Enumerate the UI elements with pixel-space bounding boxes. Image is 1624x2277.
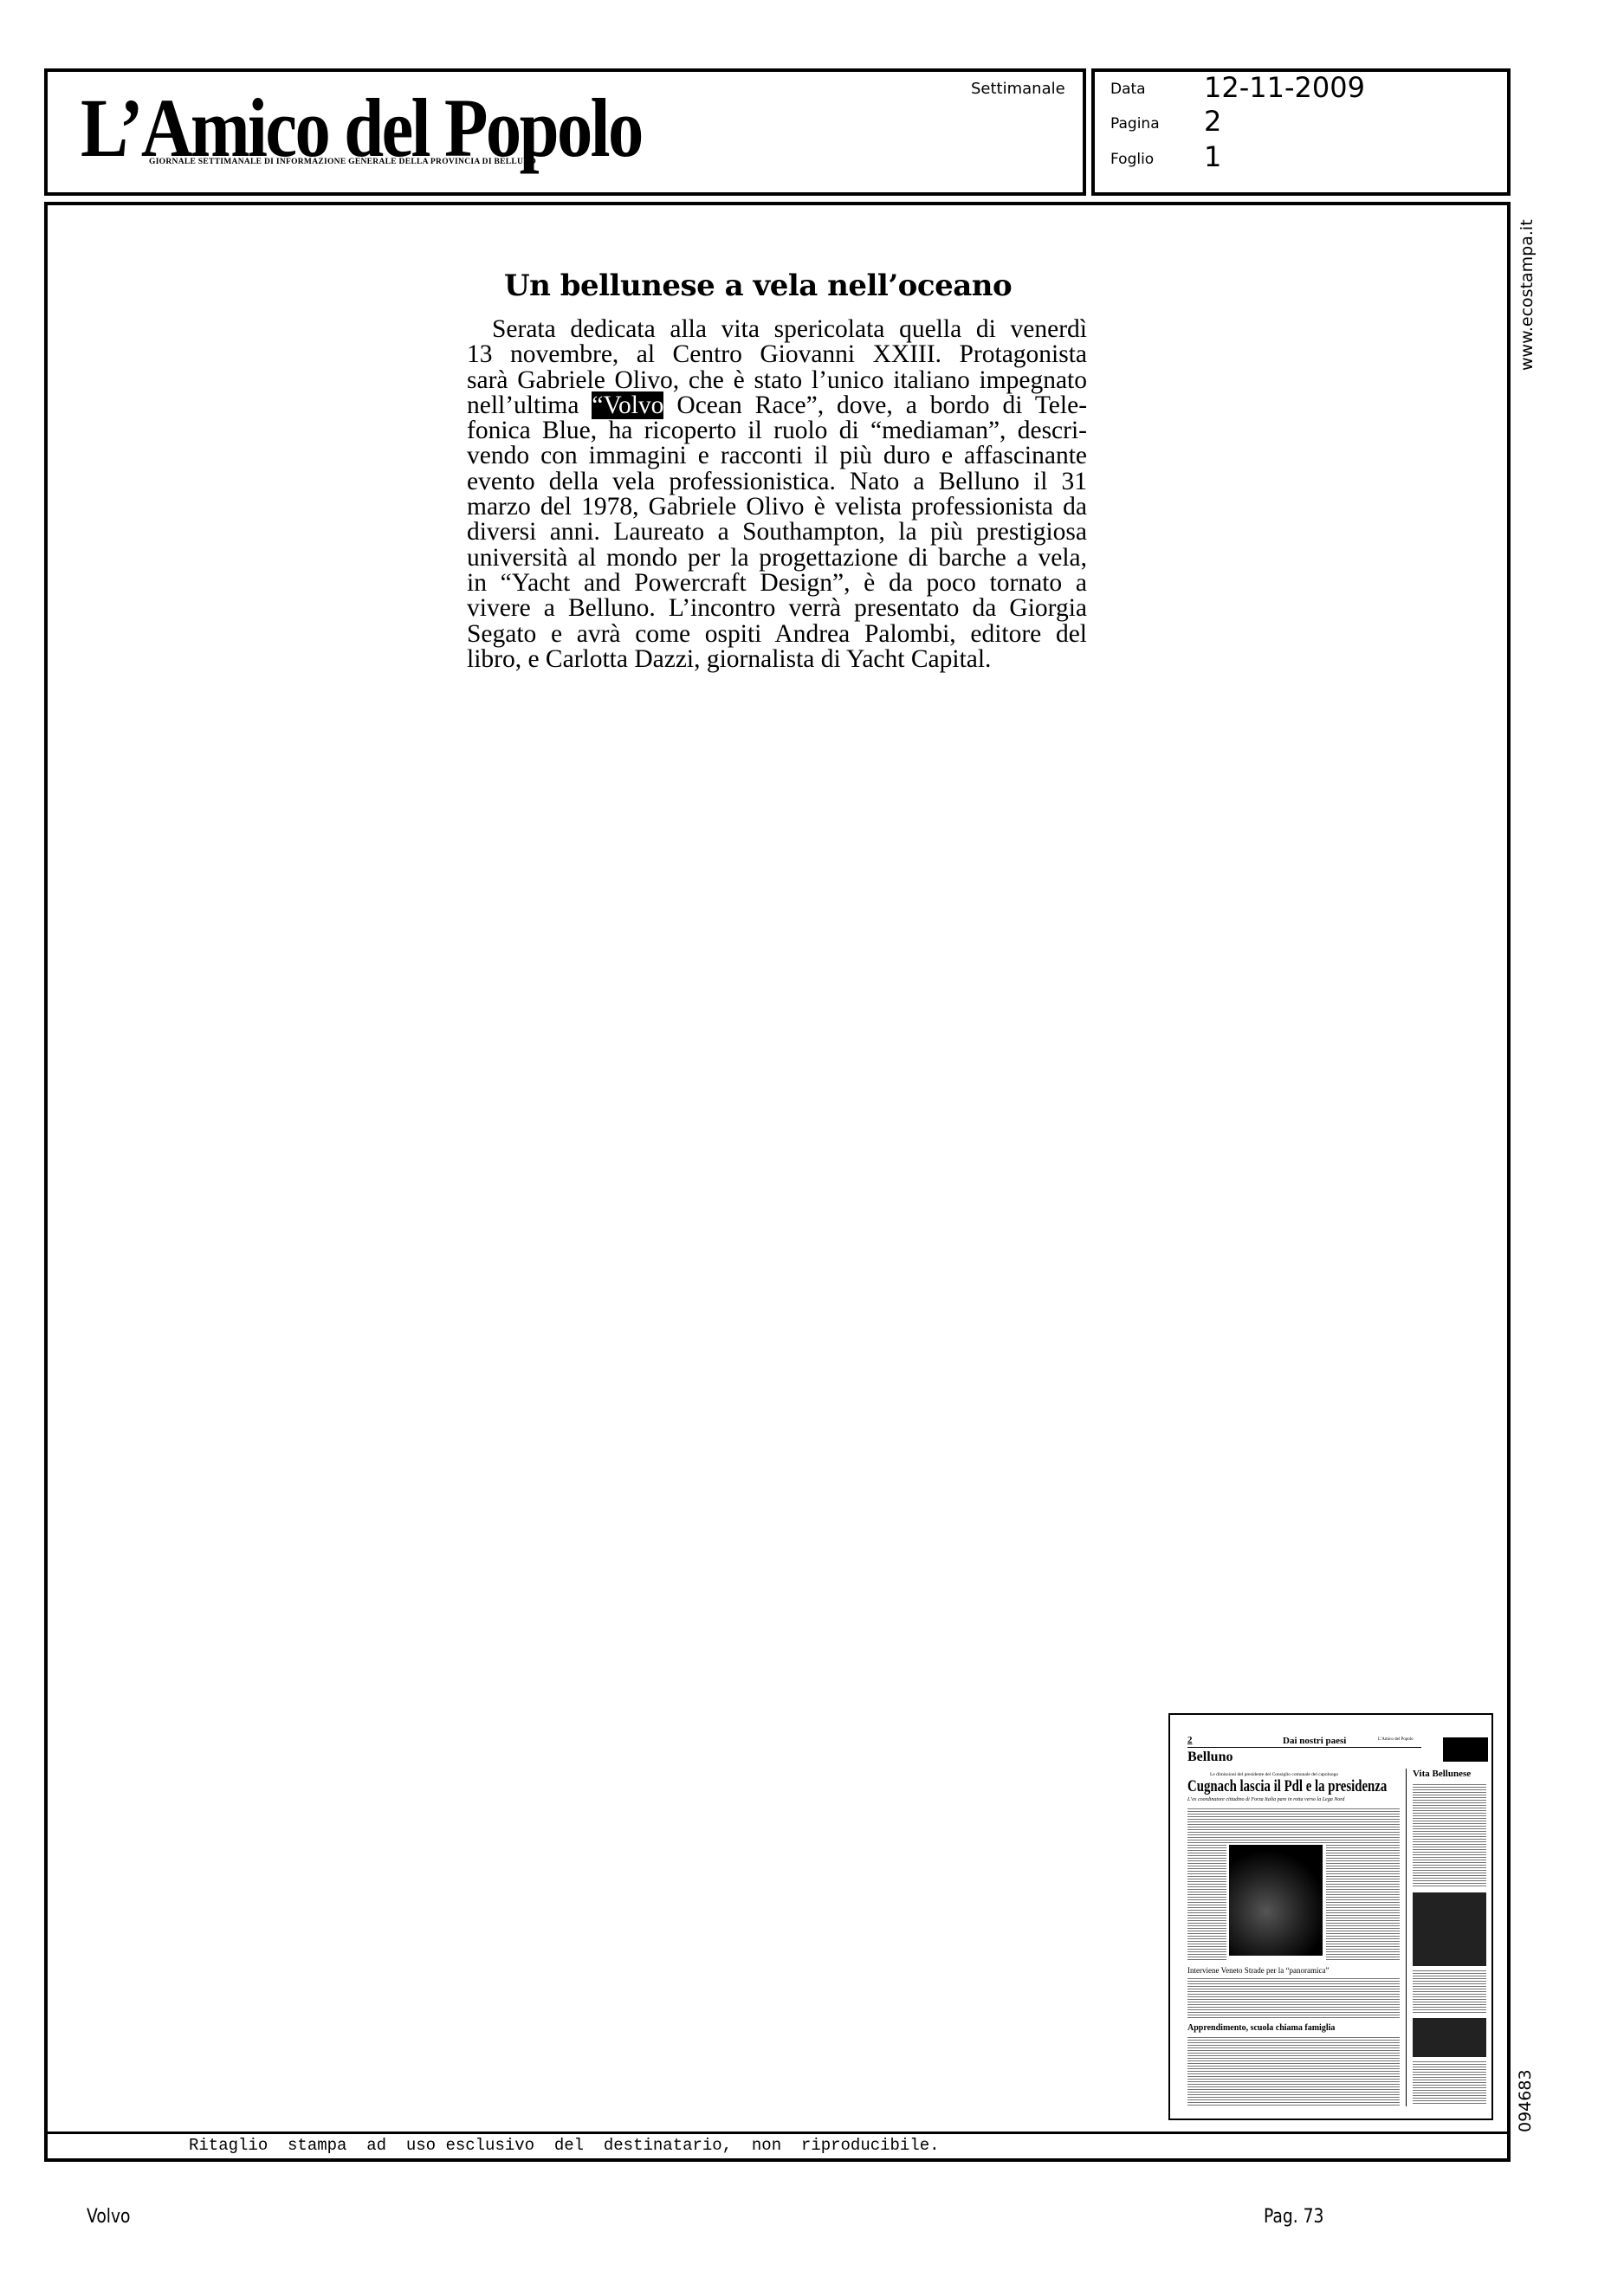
body-line: in “Yacht and Powercraft Design”, è da p… — [467, 571, 1087, 596]
thumb-photo — [1229, 1845, 1323, 1956]
meta-value-pagina: 2 — [1204, 105, 1221, 138]
body-line: vivere a Belluno. L’incontro verrà prese… — [467, 596, 1087, 621]
thumb-city: Belluno — [1187, 1750, 1233, 1765]
article-body: Serata dedicata alla vita spericolata qu… — [467, 317, 1087, 672]
thumb-text-block — [1187, 1808, 1400, 1843]
body-line: Segato e avrà come ospiti Andrea Palombi… — [467, 622, 1087, 647]
body-line: Serata dedicata alla vita spericolata qu… — [467, 317, 1087, 342]
thumb-sidebar-title: Vita Bellunese — [1413, 1769, 1471, 1779]
usage-notice: Ritaglio stampa ad uso esclusivo del des… — [189, 2136, 940, 2155]
body-line: sarà Gabriele Olivo, che è stato l’unico… — [467, 368, 1087, 393]
body-line: libro, e Carlotta Dazzi, giornalista di … — [467, 647, 1087, 672]
thumb-column-rule — [1406, 1769, 1407, 2106]
thumb-headline: Cugnach lascia il Pdl e la presidenza — [1187, 1777, 1387, 1796]
footer-divider — [44, 2131, 1511, 2134]
thumb-rule — [1187, 1747, 1421, 1748]
meta-label-data: Data — [1110, 81, 1146, 98]
meta-label-pagina: Pagina — [1110, 115, 1160, 133]
thumb-side-photo — [1413, 2018, 1486, 2057]
document-code-vertical: 094683 — [1516, 2069, 1535, 2132]
body-line: marzo del 1978, Gabriele Olivo è velista… — [467, 495, 1087, 520]
meta-label-foglio: Foglio — [1110, 151, 1154, 168]
page-number: Pag. 73 — [1264, 2206, 1323, 2228]
body-line: fonica Blue, ha ricoperto il ruolo di “m… — [467, 418, 1087, 443]
thumb-text-block — [1187, 1845, 1226, 1962]
thumb-text-block — [1413, 1784, 1486, 1888]
thumb-subhead: Interviene Veneto Strade per la “panoram… — [1187, 1966, 1330, 1975]
article-title: Un bellunese a vela nell’oceano — [504, 268, 1012, 303]
thumb-section: Dai nostri paesi — [1283, 1736, 1346, 1746]
body-line: università al mondo per la progettazione… — [467, 546, 1087, 571]
body-line: vendo con immagini e racconti il più dur… — [467, 443, 1087, 469]
thumb-text-block — [1187, 1978, 1400, 2020]
thumb-publication-tag: L’Amico del Popolo — [1378, 1737, 1414, 1742]
frequency-label: Settimanale — [971, 80, 1065, 98]
meta-value-data: 12-11-2009 — [1204, 71, 1365, 104]
page-thumbnail: 2 Dai nostri paesi L’Amico del Popolo Be… — [1168, 1713, 1493, 2120]
body-line-prefix: nell’ultima — [467, 391, 579, 419]
thumb-text-block — [1413, 2061, 1486, 2105]
keyword-highlight: “Volvo — [592, 391, 663, 419]
body-line: nell’ultima “Volvo Ocean Race”, dove, a … — [467, 393, 1087, 418]
website-vertical: www.ecostampa.it — [1517, 219, 1537, 371]
body-line: 13 novembre, al Centro Giovanni XXIII. P… — [467, 342, 1087, 367]
thumb-text-block — [1187, 2037, 1400, 2106]
body-line-rest: Ocean Race”, dove, a bordo di Tele- — [676, 391, 1087, 419]
thumb-bottom-headline: Apprendimento, scuola chiama famiglia — [1187, 2023, 1335, 2033]
thumb-side-photo — [1413, 1892, 1486, 1966]
meta-value-foglio: 1 — [1204, 140, 1221, 173]
thumb-standfirst: L’ex coordinatore cittadino di Forza Ita… — [1187, 1797, 1344, 1802]
thumb-text-block — [1413, 1970, 1486, 2014]
thumb-text-block — [1326, 1845, 1400, 1962]
search-keyword: Volvo — [87, 2206, 130, 2228]
masthead-subtitle: GIORNALE SETTIMANALE DI INFORMAZIONE GEN… — [149, 158, 536, 166]
body-line: evento della vela professionistica. Nato… — [467, 469, 1087, 495]
thumb-page-number: 2 — [1187, 1735, 1193, 1745]
body-line: diversi anni. Laureato a Southampton, la… — [467, 520, 1087, 545]
thumb-header-image — [1443, 1737, 1488, 1762]
